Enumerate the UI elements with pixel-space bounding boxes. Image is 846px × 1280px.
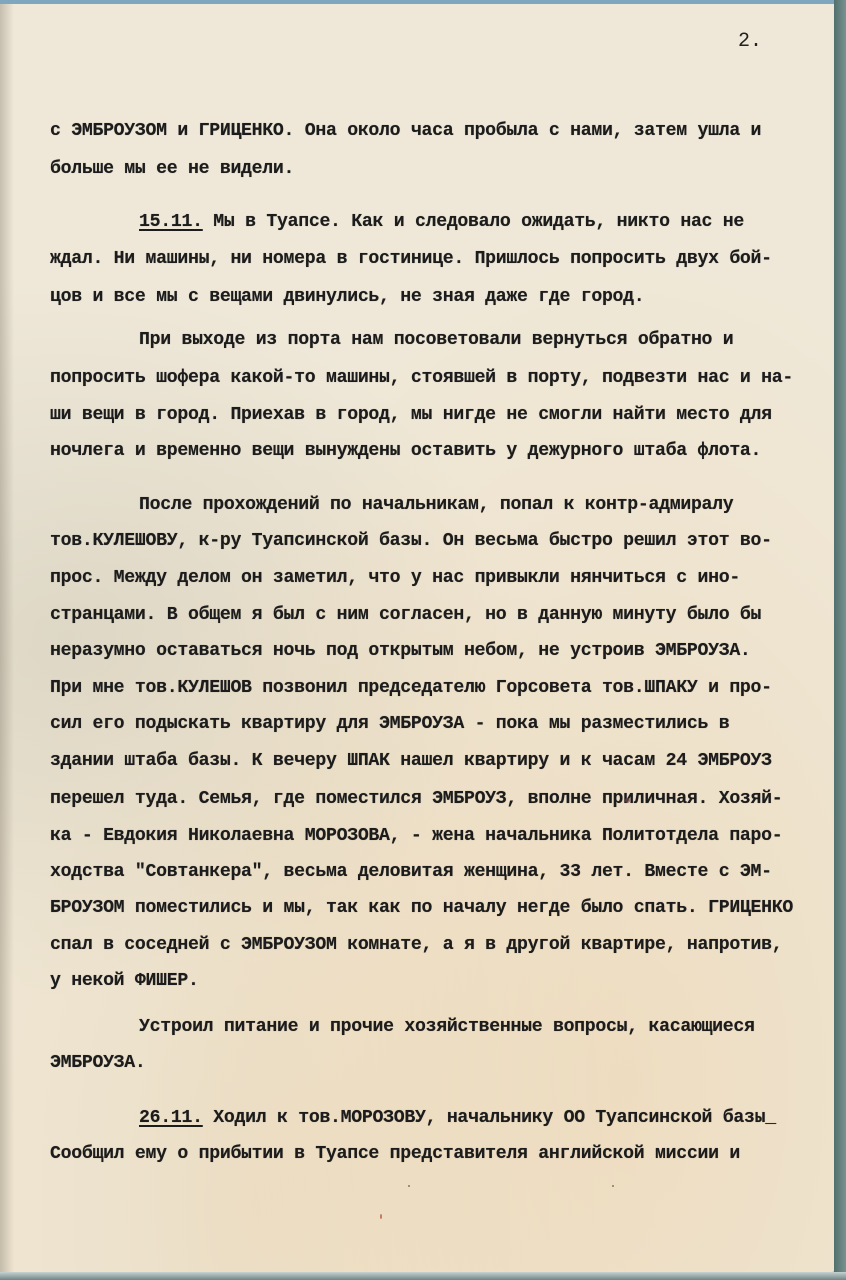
text-line: попросить шофера какой-то машины, стоявш…: [50, 368, 793, 388]
dated-line: 15.11. Мы в Туапсе. Как и следовало ожид…: [139, 212, 744, 232]
page-number: 2.: [738, 30, 762, 53]
text-line: ждал. Ни машины, ни номера в гостинице. …: [50, 249, 772, 269]
scan-border-right: [834, 0, 846, 1280]
text-line: тов.КУЛЕШОВУ, к-ру Туапсинской базы. Он …: [50, 531, 772, 551]
entry-date: 15.11.: [139, 212, 203, 232]
paper-speck: [408, 1185, 410, 1187]
document-page: [0, 4, 836, 1272]
text-line: неразумно оставаться ночь под открытым н…: [50, 641, 751, 661]
text-line: больше мы ее не видели.: [50, 159, 294, 179]
text-line: Сообщил ему о прибытии в Туапсе представ…: [50, 1144, 740, 1164]
scan-border-bottom: [0, 1272, 846, 1280]
text-line: При мне тов.КУЛЕШОВ позвонил председател…: [50, 678, 772, 698]
text-line: После прохождений по начальникам, попал …: [139, 495, 733, 515]
text-line: БРОУЗОМ поместились и мы, так как по нач…: [50, 898, 793, 918]
text-line: перешел туда. Семья, где поместился ЭМБР…: [50, 789, 782, 809]
text-line: сил его подыскать квартиру для ЭМБРОУЗА …: [50, 714, 729, 734]
paper-speck: [625, 798, 630, 803]
text-line: с ЭМБРОУЗОМ и ГРИЦЕНКО. Она около часа п…: [50, 121, 761, 141]
paper-speck: [380, 1214, 382, 1219]
text-span: Ходил к тов.МОРОЗОВУ, начальнику ОО Туап…: [203, 1108, 776, 1128]
text-line: При выходе из порта нам посоветовали вер…: [139, 330, 733, 350]
text-line: ЭМБРОУЗА.: [50, 1053, 146, 1073]
text-line: прос. Между делом он заметил, что у нас …: [50, 568, 740, 588]
dated-line: 26.11. Ходил к тов.МОРОЗОВУ, начальнику …: [139, 1108, 776, 1128]
text-line: здании штаба базы. К вечеру ШПАК нашел к…: [50, 751, 772, 771]
text-line: ночлега и временно вещи вынуждены остави…: [50, 441, 761, 461]
text-line: ши вещи в город. Приехав в город, мы ниг…: [50, 405, 772, 425]
page-shadow: [0, 4, 14, 1272]
text-line: ходства "Совтанкера", весьма деловитая ж…: [50, 862, 772, 882]
text-line: Устроил питание и прочие хозяйственные в…: [139, 1017, 755, 1037]
paper-speck: [612, 1185, 614, 1187]
text-line: у некой ФИШЕР.: [50, 971, 199, 991]
entry-date: 26.11.: [139, 1108, 203, 1128]
text-line: ка - Евдокия Николаевна МОРОЗОВА, - жена…: [50, 826, 782, 846]
text-line: цов и все мы с вещами двинулись, не зная…: [50, 287, 644, 307]
text-span: Мы в Туапсе. Как и следовало ожидать, ни…: [203, 212, 744, 232]
text-line: странцами. В общем я был с ним согласен,…: [50, 605, 761, 625]
text-line: спал в соседней с ЭМБРОУЗОМ комнате, а я…: [50, 935, 782, 955]
